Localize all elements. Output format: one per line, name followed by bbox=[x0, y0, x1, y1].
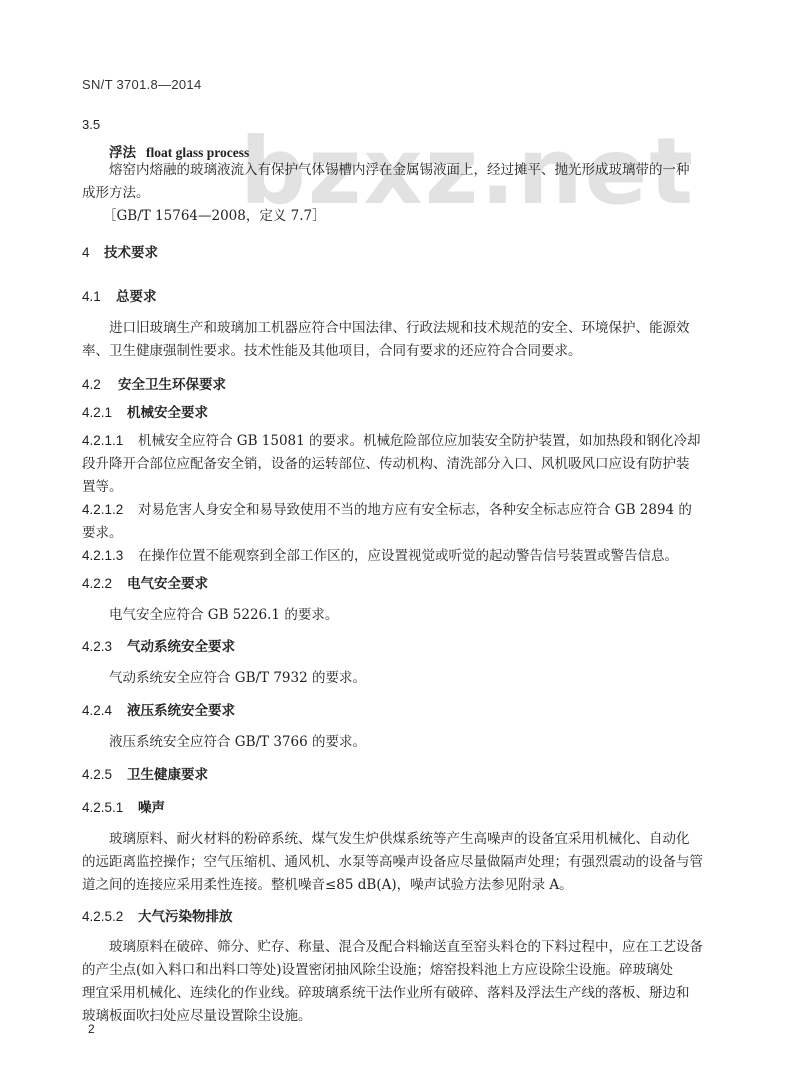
page-number: 2 bbox=[88, 1022, 95, 1036]
paragraph-line: 的产尘点(如入料口和出料口等处)设置密闭抽风除尘设施；熔窑投料池上方应设除尘设施… bbox=[82, 960, 673, 980]
clause-number: 3.5 bbox=[82, 117, 100, 132]
section-heading: 4.2.3气动系统安全要求 bbox=[82, 635, 235, 655]
clause-line: 4.2.1.1机械安全应符合 GB 15081 的要求。机械危险部位应加装安全防… bbox=[82, 431, 701, 451]
term-en: float glass process bbox=[146, 145, 249, 160]
section-heading: 4技术要求 bbox=[82, 241, 158, 261]
paragraph-line: 进口旧玻璃生产和玻璃加工机器应符合中国法律、行政法规和技术规范的安全、环境保护、… bbox=[109, 318, 690, 338]
section-heading: 4.2.5.2大气污染物排放 bbox=[82, 905, 233, 925]
paragraph-line: 理宜采用机械化、连续化的作业线。碎玻璃系统干法作业所有破碎、落料及浮法生产线的落… bbox=[82, 983, 690, 1003]
clause-line: 4.2.1.3在操作位置不能观察到全部工作区的，应设置视觉或听觉的起动警告信号装… bbox=[82, 546, 678, 566]
paragraph-line: 率、卫生健康强制性要求。技术性能及其他项目，合同有要求的还应符合合同要求。 bbox=[82, 341, 582, 361]
standard-id-header: SN/T 3701.8—2014 bbox=[82, 77, 201, 92]
section-heading: 4.2.5卫生健康要求 bbox=[82, 763, 208, 783]
clause-line: 要求。 bbox=[82, 523, 123, 543]
section-heading: 4.2.4液压系统安全要求 bbox=[82, 699, 235, 719]
section-heading: 4.1总要求 bbox=[82, 285, 157, 305]
clause-line: 4.2.1.2对易危害人身安全和易导致使用不当的地方应有安全标志，各种安全标志应… bbox=[82, 500, 692, 520]
paragraph-line: 气动系统安全应符合 GB/T 7932 的要求。 bbox=[109, 668, 366, 688]
definition-line: 熔窑内熔融的玻璃液流入有保护气体锡槽内浮在金属锡液面上，经过摊平、抛光形成玻璃带… bbox=[109, 160, 690, 180]
section-heading: 4.2安全卫生环保要求 bbox=[82, 373, 226, 393]
term-heading: 浮法float glass process bbox=[109, 141, 249, 161]
paragraph-line: 玻璃原料、耐火材料的粉碎系统、煤气发生炉供煤系统等产生高噪声的设备宜采用机械化、… bbox=[109, 829, 690, 849]
clause-line: 置等。 bbox=[82, 477, 123, 497]
section-heading: 4.2.1机械安全要求 bbox=[82, 401, 208, 421]
paragraph-line: 玻璃板面吹扫处应尽量设置除尘设施。 bbox=[82, 1006, 312, 1026]
section-heading: 4.2.2电气安全要求 bbox=[82, 572, 208, 592]
definition-line: 成形方法。 bbox=[82, 183, 150, 203]
section-heading: 4.2.5.1噪声 bbox=[82, 796, 165, 816]
paragraph-line: 玻璃原料在破碎、筛分、贮存、称量、混合及配合料输送直至窑头料仓的下料过程中，应在… bbox=[109, 937, 703, 957]
paragraph-line: 的远距离监控操作；空气压缩机、通风机、水泵等高噪声设备应尽量做隔声处理；有强烈震… bbox=[82, 852, 703, 872]
definition-source: ［GB/T 15764—2008，定义 7.7］ bbox=[103, 206, 326, 226]
paragraph-line: 道之间的连接应采用柔性连接。整机噪音≤85 dB(A)，噪声试验方法参见附录 A… bbox=[82, 875, 573, 895]
clause-line: 段升降开合部位应配备安全销，设备的运转部位、传动机构、清洗部分入口、风机吸风口应… bbox=[82, 454, 690, 474]
paragraph-line: 电气安全应符合 GB 5226.1 的要求。 bbox=[109, 605, 338, 625]
paragraph-line: 液压系统安全应符合 GB/T 3766 的要求。 bbox=[109, 732, 366, 752]
term-zh: 浮法 bbox=[109, 145, 136, 161]
